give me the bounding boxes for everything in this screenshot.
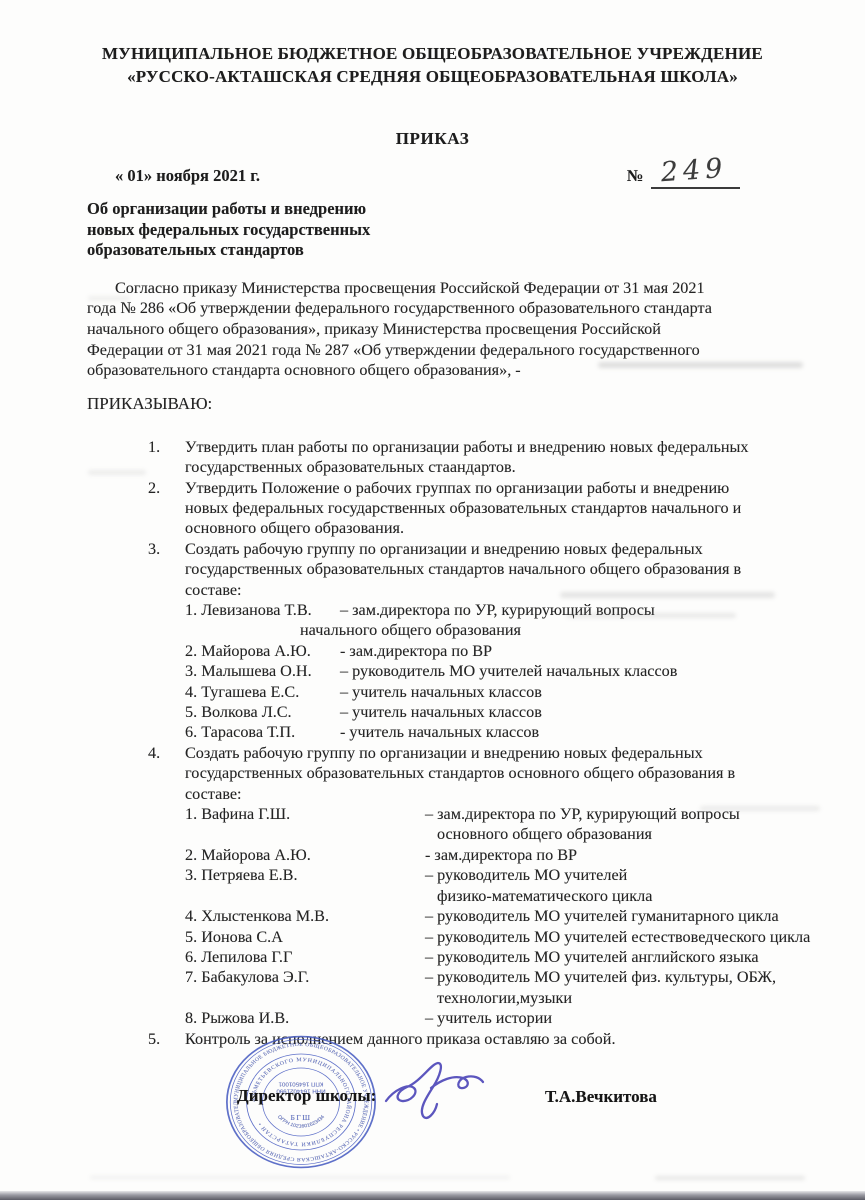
handwritten-number: 249 <box>661 159 729 184</box>
member-row: 5. Ионова С.А – руководитель МО учителей… <box>185 927 830 947</box>
organization-name-line1: МУНИЦИПАЛЬНОЕ БЮДЖЕТНОЕ ОБЩЕОБРАЗОВАТЕЛЬ… <box>0 42 865 65</box>
member-role: – руководитель МО учителей начальных кла… <box>340 661 677 681</box>
member-row: 2. Майорова А.Ю. - зам.директора по ВР <box>185 845 830 865</box>
member-row: 3. Малышева О.Н. – руководитель МО учите… <box>185 661 830 681</box>
handwritten-signature <box>380 1052 500 1130</box>
item-line: Создать рабочую группу по организации и … <box>185 539 830 559</box>
member-row: 4. Тугашева Е.С. – учитель начальных кла… <box>185 682 830 702</box>
scan-smudge <box>655 1176 805 1180</box>
preamble-line: года № 286 «Об утверждении федерального … <box>87 298 790 319</box>
member-role-cont: основного общего образования <box>437 824 830 844</box>
item-line: новых федеральных государственных образо… <box>185 498 830 518</box>
order-item-1: 1. Утвердить план работы по организации … <box>148 437 830 478</box>
subject-line: Об организации работы и внедрению <box>87 199 865 220</box>
item-number: 2. <box>148 478 185 539</box>
member-row: 5. Волкова Л.С. – учитель начальных клас… <box>185 702 830 722</box>
order-item-2: 2. Утвердить Положение о рабочих группах… <box>148 478 830 539</box>
member-name: 8. Рыжова И.В. <box>185 1008 425 1028</box>
member-name: 6. Тарасова Т.П. <box>185 722 340 742</box>
member-name: 3. Петряева Е.В. <box>185 865 425 885</box>
member-role: – учитель истории <box>425 1008 552 1028</box>
member-name: 4. Тугашева Е.С. <box>185 682 340 702</box>
member-name: 3. Малышева О.Н. <box>185 661 340 681</box>
member-row: 6. Лепилова Г.Г – руководитель МО учител… <box>185 947 830 967</box>
member-role: - зам.директора по ВР <box>425 845 577 865</box>
document-type-title: ПРИКАЗ <box>0 129 865 149</box>
item-line: составе: <box>185 784 830 804</box>
item-line: основного общего образования. <box>185 518 830 538</box>
item-number: 3. <box>148 539 185 743</box>
scanned-order-document: МУНИЦИПАЛЬНОЕ БЮДЖЕТНОЕ ОБЩЕОБРАЗОВАТЕЛЬ… <box>0 0 865 1200</box>
member-role: – руководитель МО учителей естествоведче… <box>425 927 810 947</box>
item-line: Утвердить план работы по организации раб… <box>185 437 830 457</box>
scan-smudge <box>88 470 146 475</box>
member-role: – руководитель МО учителей <box>425 865 627 885</box>
member-role-cont: начального общего образования <box>300 620 830 640</box>
number-sign: № <box>627 166 644 186</box>
preamble-line: Федерации от 31 мая 2021 года № 287 «Об … <box>87 340 790 361</box>
order-subject: Об организации работы и внедрению новых … <box>87 199 865 261</box>
member-role: – руководитель МО учителей физ. культуры… <box>425 967 776 987</box>
item-line: государственных образовательных стандарт… <box>185 559 830 579</box>
scan-smudge <box>560 592 775 598</box>
order-item-4: 4. Создать рабочую группу по организации… <box>148 743 830 1029</box>
member-name: 2. Майорова А.Ю. <box>185 845 425 865</box>
item-number: 5. <box>148 1029 185 1049</box>
item-line: государственных образовательных стандарт… <box>185 763 830 783</box>
item-line: государственных образовательных стаандар… <box>185 457 830 477</box>
scan-smudge <box>598 362 803 368</box>
organization-name-line2: «РУССКО-АКТАШСКАЯ СРЕДНЯЯ ОБЩЕОБРАЗОВАТЕ… <box>0 65 865 88</box>
director-name: Т.А.Вечкитова <box>545 1087 657 1107</box>
scan-smudge <box>90 1176 510 1179</box>
preamble-line: Согласно приказу Министерства просвещени… <box>87 278 790 299</box>
number-underline: 249 <box>651 163 740 189</box>
date-number-row: « 01» ноября 2021 г. № 249 <box>115 163 740 189</box>
scan-smudge <box>88 296 130 301</box>
director-title-label: Директор школы: <box>237 1086 376 1106</box>
item-number: 4. <box>148 743 185 1029</box>
member-name: 7. Бабакулова Э.Г. <box>185 967 425 987</box>
document-date: « 01» ноября 2021 г. <box>115 166 260 186</box>
scanner-edge-band <box>0 1191 865 1200</box>
organization-header: МУНИЦИПАЛЬНОЕ БЮДЖЕТНОЕ ОБЩЕОБРАЗОВАТЕЛЬ… <box>0 0 865 88</box>
member-name: 5. Ионова С.А <box>185 927 425 947</box>
preamble-line: начального общего образования», приказу … <box>87 319 790 340</box>
scan-smudge <box>566 613 736 618</box>
order-items-list: 1. Утвердить план работы по организации … <box>148 437 830 1049</box>
member-name: 6. Лепилова Г.Г <box>185 947 425 967</box>
item-number: 1. <box>148 437 185 478</box>
member-name: 1. Вафина Г.Ш. <box>185 804 425 824</box>
member-row: 3. Петряева Е.В. – руководитель МО учите… <box>185 865 830 885</box>
member-name: 4. Хлыстенкова М.В. <box>185 906 425 926</box>
document-number: № 249 <box>627 163 740 189</box>
member-row: 6. Тарасова Т.П. - учитель начальных кла… <box>185 722 830 742</box>
item-line: Утвердить Положение о рабочих группах по… <box>185 478 830 498</box>
member-role-cont: физико-математического цикла <box>437 886 830 906</box>
member-role: – учитель начальных классов <box>340 702 542 722</box>
subject-line: новых федеральных государственных <box>87 220 865 241</box>
order-item-3: 3. Создать рабочую группу по организации… <box>148 539 830 743</box>
member-name: 2. Майорова А.Ю. <box>185 641 340 661</box>
member-role: - зам.директора по ВР <box>340 641 492 661</box>
member-row: 8. Рыжова И.В. – учитель истории <box>185 1008 830 1028</box>
member-role: - учитель начальных классов <box>340 722 539 742</box>
subject-line: образовательных стандартов <box>87 240 865 261</box>
item-line: Создать рабочую группу по организации и … <box>185 743 830 763</box>
member-role: – руководитель МО учителей гуманитарного… <box>425 906 779 926</box>
member-role-cont: технологии,музыки <box>437 988 830 1008</box>
member-row: 2. Майорова А.Ю. - зам.директора по ВР <box>185 641 830 661</box>
member-role: – зам.директора по УР, курирующий вопрос… <box>425 804 740 824</box>
order-keyword: ПРИКАЗЫВАЮ: <box>87 394 865 414</box>
member-name: 1. Левизанова Т.В. <box>185 600 340 620</box>
scan-smudge <box>700 806 820 811</box>
member-row: 7. Бабакулова Э.Г. – руководитель МО учи… <box>185 967 830 987</box>
member-role: – руководитель МО учителей английского я… <box>425 947 759 967</box>
member-row: 4. Хлыстенкова М.В. – руководитель МО уч… <box>185 906 830 926</box>
stamp-center-text: БГШ <box>291 1114 312 1121</box>
member-name: 5. Волкова Л.С. <box>185 702 340 722</box>
member-role: – учитель начальных классов <box>340 682 542 702</box>
